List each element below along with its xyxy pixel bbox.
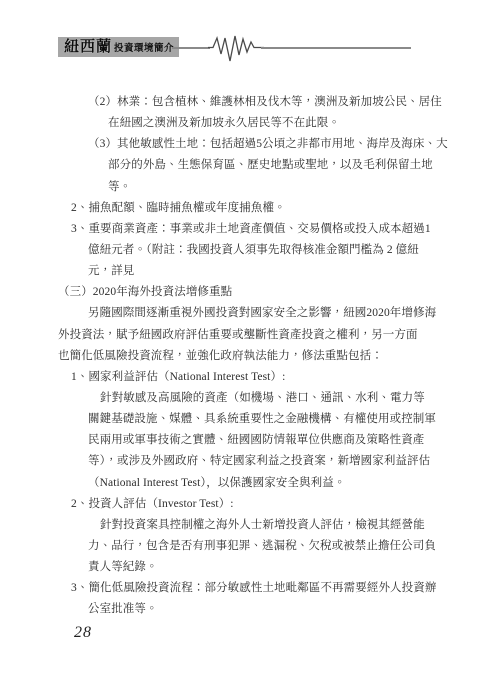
text-line: 等。	[108, 177, 480, 198]
text-line: 公室批准等。	[88, 599, 480, 620]
text-line: 也簡化低風險投資流程，並強化政府執法能力，修法重點包括：	[58, 346, 480, 367]
text-line: （3）其他敏感性土地：包括超過5公頃之非都市用地、海岸及海床、大	[88, 134, 480, 155]
header-rule-right	[261, 47, 411, 49]
text-line: 責人等紀錄。	[88, 557, 480, 578]
text-line: 力、品行，包含是否有刑事犯罪、逃漏稅、欠稅或被禁止擔任公司負	[88, 536, 480, 557]
text-line: 億紐元者。（附註：我國投資人須事先取得核准金額門檻為 2 億紐	[88, 240, 480, 261]
text-line: （National Interest Test），以保護國家安全與利益。	[88, 473, 480, 494]
text-line: 3、簡化低風險投資流程：部分敏感性土地毗鄰區不再需要經外人投資辦	[71, 578, 480, 599]
chapter-banner: 紐西蘭 投資環境簡介	[58, 37, 179, 57]
banner-title: 紐西蘭	[64, 39, 112, 55]
text-line: 2、投資人評估（Investor Test）:	[71, 494, 480, 515]
page-number: 28	[74, 624, 92, 642]
text-line: （2）林業：包含植林、維護林相及伐木等，澳洲及新加坡公民、居住	[88, 92, 480, 113]
text-line: 1、國家利益評估（National Interest Test）:	[71, 367, 480, 388]
text-line: 3、重要商業資產：事業或非土地資產價值、交易價格或投入成本超過1	[71, 219, 480, 240]
text-line: （三）2020年海外投資法增修重點	[58, 282, 480, 303]
text-line: 元，詳見	[88, 261, 480, 282]
text-line: 部分的外島、生態保育區、歷史地點或聖地，以及毛利保留土地	[108, 155, 480, 176]
body-text: （2）林業：包含植林、維護林相及伐木等，澳洲及新加坡公民、居住在紐國之澳洲及新加…	[0, 92, 480, 621]
text-line: 針對投資案具控制權之海外人士新增投資人評估，檢視其經營能	[100, 515, 480, 536]
zigzag-waveform-icon	[208, 32, 264, 66]
header-rule-left	[172, 47, 210, 49]
text-line: 針對敏感及高風險的資產（如機場、港口、通訊、水利、電力等	[100, 388, 480, 409]
text-line: 民兩用或軍事技術之實體、紐國國防情報單位供應商及策略性資產	[88, 430, 480, 451]
text-line: 外投資法，賦予紐國政府評估重要或壟斷性資產投資之權利，另一方面	[58, 325, 480, 346]
text-line: 2、捕魚配額、臨時捕魚權或年度捕魚權。	[71, 198, 480, 219]
text-line: 關鍵基礎設施、媒體、具系統重要性之金融機構、有權使用或控制軍	[88, 409, 480, 430]
text-line: 另隨國際間逐漸重視外國投資對國家安全之影響，紐國2020年增修海	[88, 303, 480, 324]
banner-subtitle: 投資環境簡介	[114, 43, 174, 55]
text-line: 在紐國之澳洲及新加坡永久居民等不在此限。	[108, 113, 480, 134]
document-page: 紐西蘭 投資環境簡介 （2）林業：包含植林、維護林相及伐木等，澳洲及新加坡公民、…	[0, 0, 480, 679]
text-line: 等），或涉及外國政府、特定國家利益之投資案，新增國家利益評估	[88, 451, 480, 472]
